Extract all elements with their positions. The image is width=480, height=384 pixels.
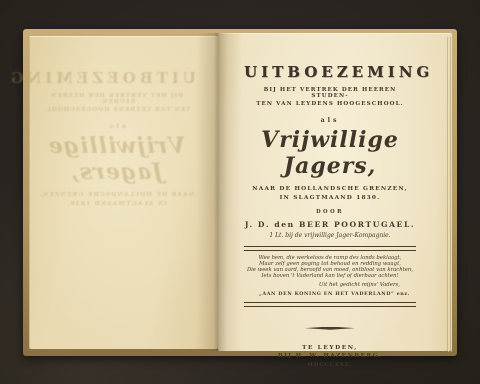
imprint-year-roman: MDCCCXXX.	[244, 362, 416, 368]
destination-line-2: IN SLAGTMAAND 1830.	[244, 195, 416, 201]
bleed-subtitle-2: TEN VAN LEYDENS HOOGESCHOOL.	[37, 107, 196, 113]
ink-bleedthrough: UITBOEZEMING BIJ HET VERTREK DER HEEREN …	[37, 69, 196, 207]
photo-backdrop: UITBOEZEMING BIJ HET VERTREK DER HEEREN …	[0, 0, 480, 384]
quote-attribution-1: Uit het gedicht mijns' Vaders,	[244, 282, 416, 288]
double-rule-bottom	[244, 302, 416, 307]
book-title: UITBOEZEMING	[244, 63, 416, 81]
quote-line-2: Maar zelf geen poging tot behoud en redd…	[244, 261, 416, 267]
quote-attribution-2: „AAN DEN KONING EN HET VADERLAND” enz.	[244, 291, 416, 297]
quote-line-4: Iets boven 't Vaderland kan lief of dier…	[244, 273, 416, 279]
title-page-text-block: UITBOEZEMING BIJ HET VERTREK DER HEEREN …	[244, 63, 416, 368]
bleed-title: UITBOEZEMING	[37, 69, 196, 87]
double-rule-top	[244, 246, 416, 251]
epigraph-quote: Wee hem, die werkeloos de ramp des lands…	[244, 255, 416, 279]
bleed-als: als	[37, 123, 196, 130]
swelled-rule-ornament	[305, 327, 355, 330]
subtitle-line-1: BIJ HET VERTREK DER HEEREN STUDEN-	[244, 87, 416, 99]
bleed-script-title: Vrijwillige Jagers,	[37, 133, 196, 185]
author-name: J. D. den BEER POORTUGAEL.	[244, 220, 416, 229]
title-page: UITBOEZEMING BIJ HET VERTREK DER HEEREN …	[218, 33, 452, 351]
als-word: als	[244, 117, 416, 124]
bleed-subtitle-1: BIJ HET VERTREK DER HEEREN STUDEN-	[37, 93, 196, 105]
subtitle-line-2: TEN VAN LEYDENS HOOGESCHOOL.	[244, 101, 416, 107]
destination-line-1: NAAR DE HOLLANDSCHE GRENZEN,	[244, 186, 416, 192]
bleed-dest-1: NAAR DE HOLLANDSCHE GRENZEN,	[37, 192, 196, 198]
author-role: 1 Lt. bij de vrijwillige Jager-Kompagnie…	[244, 232, 416, 239]
door-word: DOOR	[244, 209, 416, 215]
imprint-publisher: BIJ H. W. HAZENBERG,	[244, 353, 416, 359]
bleed-dest-2: IN SLAGTMAAND 1830.	[37, 201, 196, 207]
quote-line-1: Wee hem, die werkeloos de ramp des lands…	[244, 255, 416, 261]
imprint-place: TE LEYDEN,	[244, 345, 416, 351]
script-title: Vrijwillige Jagers,	[244, 127, 416, 179]
quote-line-3: Die week van aard, beroofd van moed, ont…	[244, 267, 416, 273]
verso-blank-page: UITBOEZEMING BIJ HET VERTREK DER HEEREN …	[29, 36, 218, 349]
